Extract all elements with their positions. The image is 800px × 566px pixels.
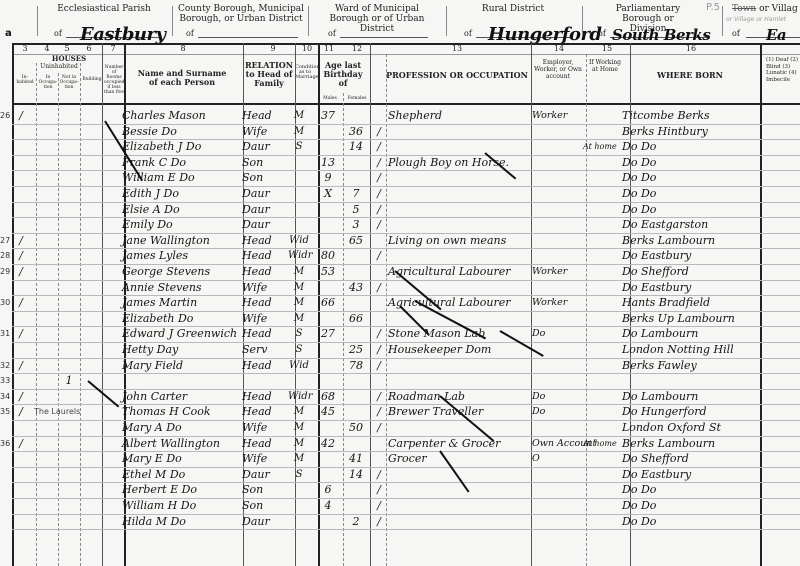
- marital-condition: [288, 217, 310, 233]
- check-mark: /: [372, 389, 386, 405]
- person-name: Hilda M Do: [122, 514, 238, 530]
- occupation: [388, 373, 528, 389]
- female-age: 5: [342, 202, 370, 218]
- working-at-home: [583, 451, 623, 467]
- birthplace: Berks Fawley: [622, 358, 762, 374]
- inhabited-mark: [14, 482, 28, 498]
- marital-condition: S: [288, 467, 310, 483]
- house-name: [34, 217, 114, 233]
- birthplace: Hants Bradfield: [622, 295, 762, 311]
- house-name: [34, 186, 114, 202]
- table-row: Emily DoDaur3/Do Eastgarston: [0, 217, 800, 233]
- schedule-number: [0, 202, 14, 218]
- female-age: 3: [342, 217, 370, 233]
- house-name: [34, 326, 114, 342]
- occupation: Agricultural Labourer: [388, 264, 528, 280]
- person-name: Albert Wallington: [122, 436, 238, 452]
- table-row: 28/James LylesHeadWidr80/Do Eastbury: [0, 248, 800, 264]
- marital-condition: Widr: [288, 389, 310, 405]
- relation: Head: [242, 295, 288, 311]
- relation: [242, 373, 288, 389]
- check-mark: /: [372, 358, 386, 374]
- birthplace: Do Do: [622, 202, 762, 218]
- female-age: 25: [342, 342, 370, 358]
- table-row: William H DoSon4/Do Do: [0, 498, 800, 514]
- relation: Serv: [242, 342, 288, 358]
- relation: Head: [242, 264, 288, 280]
- working-at-home: At home: [583, 436, 623, 452]
- person-name: Bessie Do: [122, 124, 238, 140]
- inhabited-mark: [14, 311, 28, 327]
- working-at-home: [583, 358, 623, 374]
- table-row: 32/Mary FieldHeadWid78/Berks Fawley: [0, 358, 800, 374]
- schedule-number: [0, 124, 14, 140]
- male-age: 4: [314, 498, 342, 514]
- house-name: [34, 264, 114, 280]
- table-row: Elsie A DoDaur5/Do Do: [0, 202, 800, 218]
- schedule-number: 33: [0, 373, 14, 389]
- corner-mark: a: [5, 28, 12, 39]
- relation: Daur: [242, 139, 288, 155]
- working-at-home: [583, 264, 623, 280]
- occupation: Shepherd: [388, 108, 528, 124]
- inhabited-mark: /: [14, 233, 28, 249]
- person-name: Mary Field: [122, 358, 238, 374]
- house-name: [34, 108, 114, 124]
- birthplace: Titcombe Berks: [622, 108, 762, 124]
- inhabited-mark: /: [14, 295, 28, 311]
- birthplace: [622, 373, 762, 389]
- table-row: 30/James MartinHeadM66Agricultural Labou…: [0, 295, 800, 311]
- birthplace: Do Hungerford: [622, 404, 762, 420]
- male-age: [314, 373, 342, 389]
- inhabited-mark: /: [14, 108, 28, 124]
- female-age: [342, 155, 370, 171]
- person-name: Edith J Do: [122, 186, 238, 202]
- house-name: [34, 202, 114, 218]
- parliamentary-borough: Parliamentary Borough or Division of Sou…: [588, 0, 718, 43]
- houses-header: HOUSES: [38, 55, 100, 63]
- female-age: 2: [342, 514, 370, 530]
- page-annotation: P.5: [706, 2, 720, 13]
- check-mark: [372, 451, 386, 467]
- inhabited-mark: [14, 202, 28, 218]
- in-occupation-header: In Occupa-tion: [38, 75, 58, 90]
- relation: Son: [242, 498, 288, 514]
- person-name: Annie Stevens: [122, 280, 238, 296]
- birthplace: Berks Up Lambourn: [622, 311, 762, 327]
- birthplace: London Notting Hill: [622, 342, 762, 358]
- male-age: [314, 514, 342, 530]
- inhabited-mark: [14, 420, 28, 436]
- table-row: Hetty DayServS25/Housekeeper DomLondon N…: [0, 342, 800, 358]
- person-name: Thomas H Cook: [122, 404, 238, 420]
- check-mark: [372, 233, 386, 249]
- relation: Head: [242, 436, 288, 452]
- relation: Daur: [242, 217, 288, 233]
- table-row: Herbert E DoSon6/Do Do: [0, 482, 800, 498]
- marital-condition: [288, 498, 310, 514]
- infirmity-header: (1) Deaf (2) Blind (3) Lunatic (4) Imbec…: [766, 57, 800, 83]
- occupation: [388, 514, 528, 530]
- female-age: [342, 264, 370, 280]
- female-age: [342, 295, 370, 311]
- male-age: 66: [314, 295, 342, 311]
- marital-condition: M: [288, 311, 310, 327]
- where-born-header: WHERE BORN: [640, 71, 740, 80]
- male-age: [314, 342, 342, 358]
- female-age: [342, 482, 370, 498]
- birthplace: Do Eastgarston: [622, 217, 762, 233]
- male-age: [314, 202, 342, 218]
- check-mark: /: [372, 498, 386, 514]
- house-name: [34, 170, 114, 186]
- female-age: [342, 326, 370, 342]
- check-mark: /: [372, 139, 386, 155]
- inhabited-mark: [14, 170, 28, 186]
- house-name: [34, 420, 114, 436]
- inhabited-mark: /: [14, 248, 28, 264]
- relation: Wife: [242, 280, 288, 296]
- table-row: 26/Charles MasonHeadM37ShepherdWorkerTit…: [0, 108, 800, 124]
- table-row: Bessie DoWifeM36/Berks Hintbury: [0, 124, 800, 140]
- schedule-number: 36: [0, 436, 14, 452]
- name-header: Name and Surname of each Person: [134, 69, 230, 87]
- working-at-home: [583, 420, 623, 436]
- relation: Son: [242, 170, 288, 186]
- female-age: 14: [342, 139, 370, 155]
- table-row: 27/Jane WallingtonHeadWid65Living on own…: [0, 233, 800, 249]
- house-name: The Laurels: [34, 404, 114, 420]
- house-name: [34, 124, 114, 140]
- house-name: [34, 342, 114, 358]
- occupation: [388, 186, 528, 202]
- birthplace: Do Lambourn: [622, 389, 762, 405]
- working-at-home: [583, 170, 623, 186]
- marital-condition: [288, 170, 310, 186]
- relation: Head: [242, 326, 288, 342]
- birthplace: Do Shefford: [622, 451, 762, 467]
- relation: Daur: [242, 202, 288, 218]
- female-age: 41: [342, 451, 370, 467]
- schedule-number: 29: [0, 264, 14, 280]
- table-row: Elizabeth DoWifeM66Berks Up Lambourn: [0, 311, 800, 327]
- marital-condition: [288, 482, 310, 498]
- person-name: James Lyles: [122, 248, 238, 264]
- male-age: [314, 467, 342, 483]
- check-mark: [372, 264, 386, 280]
- rural-district: Rural District of Hungerford: [448, 0, 578, 43]
- house-name: [34, 514, 114, 530]
- relation: Wife: [242, 124, 288, 140]
- birthplace: Do Do: [622, 170, 762, 186]
- male-age: 13: [314, 155, 342, 171]
- working-at-home: [583, 498, 623, 514]
- person-name: James Martin: [122, 295, 238, 311]
- birthplace: Do Eastbury: [622, 248, 762, 264]
- working-home-header: If Working at Home: [588, 59, 622, 73]
- schedule-number: [0, 311, 14, 327]
- relation: Wife: [242, 451, 288, 467]
- table-row: 31/Edward J GreenwichHeadS27/Stone Mason…: [0, 326, 800, 342]
- marital-condition: M: [288, 451, 310, 467]
- person-name: George Stevens: [122, 264, 238, 280]
- check-mark: /: [372, 155, 386, 171]
- working-at-home: [583, 467, 623, 483]
- schedule-number: [0, 482, 14, 498]
- table-row: Edith J DoDaurX7/Do Do: [0, 186, 800, 202]
- birthplace: London Oxford St: [622, 420, 762, 436]
- inhabited-mark: /: [14, 404, 28, 420]
- birthplace: Do Do: [622, 514, 762, 530]
- house-name: [34, 248, 114, 264]
- occupation: Carpenter & Grocer: [388, 436, 528, 452]
- male-age: 9: [314, 170, 342, 186]
- census-page: a Ecclesiastical Parish of Eastbury Coun…: [0, 0, 800, 566]
- inhabited-mark: /: [14, 389, 28, 405]
- occupation: [388, 248, 528, 264]
- male-age: 80: [314, 248, 342, 264]
- table-row: 331: [0, 373, 800, 389]
- male-age: 42: [314, 436, 342, 452]
- uninhabited-header: Uninhabited: [38, 63, 80, 71]
- schedule-number: 27: [0, 233, 14, 249]
- occupation-header: PROFESSION OR OCCUPATION: [384, 71, 530, 80]
- female-age: [342, 389, 370, 405]
- person-name: Mary E Do: [122, 451, 238, 467]
- inhabited-mark: [14, 342, 28, 358]
- schedule-number: 30: [0, 295, 14, 311]
- schedule-number: [0, 155, 14, 171]
- male-age: 27: [314, 326, 342, 342]
- working-at-home: [583, 233, 623, 249]
- schedule-number: 35: [0, 404, 14, 420]
- person-name: Elizabeth J Do: [122, 139, 238, 155]
- person-name: Elizabeth Do: [122, 311, 238, 327]
- birthplace: Berks Lambourn: [622, 233, 762, 249]
- marital-condition: S: [288, 326, 310, 342]
- working-at-home: [583, 389, 623, 405]
- schedule-number: [0, 498, 14, 514]
- birthplace: Do Do: [622, 155, 762, 171]
- person-name: Edward J Greenwich: [122, 326, 238, 342]
- marital-condition: Wid: [288, 233, 310, 249]
- age-header: Age last Birthday of: [318, 61, 368, 88]
- town-or-village: Town or Villag or Village or Hamlet of E…: [726, 0, 800, 43]
- birthplace: Do Lambourn: [622, 326, 762, 342]
- building-header: Building: [82, 77, 102, 82]
- male-age: [314, 233, 342, 249]
- census-header: a Ecclesiastical Parish of Eastbury Coun…: [0, 0, 800, 43]
- marital-condition: M: [288, 280, 310, 296]
- check-mark: /: [372, 404, 386, 420]
- check-mark: /: [372, 514, 386, 530]
- schedule-number: [0, 467, 14, 483]
- female-age: 66: [342, 311, 370, 327]
- working-at-home: [583, 404, 623, 420]
- schedule-number: [0, 451, 14, 467]
- working-at-home: [583, 108, 623, 124]
- male-age: 6: [314, 482, 342, 498]
- table-row: Hilda M DoDaur2/Do Do: [0, 514, 800, 530]
- male-age: [314, 139, 342, 155]
- check-mark: [372, 373, 386, 389]
- occupation: [388, 420, 528, 436]
- working-at-home: [583, 295, 623, 311]
- birthplace: Do Eastbury: [622, 467, 762, 483]
- marital-condition: M: [288, 295, 310, 311]
- occupation: Living on own means: [388, 233, 528, 249]
- table-row: 34/John CarterHeadWidr68/Roadman LabDoDo…: [0, 389, 800, 405]
- marital-condition: M: [288, 404, 310, 420]
- relation: Head: [242, 358, 288, 374]
- parish-value: Eastbury: [80, 30, 165, 40]
- person-name: Ethel M Do: [122, 467, 238, 483]
- relation: Daur: [242, 467, 288, 483]
- house-name: [34, 451, 114, 467]
- male-age: 37: [314, 108, 342, 124]
- marital-condition: [288, 514, 310, 530]
- relation: Daur: [242, 514, 288, 530]
- schedule-number: [0, 514, 14, 530]
- birthplace: Berks Lambourn: [622, 436, 762, 452]
- house-name: [34, 155, 114, 171]
- males-header: Males: [318, 96, 342, 101]
- schedule-number: 26: [0, 108, 14, 124]
- occupation: [388, 139, 528, 155]
- male-age: 53: [314, 264, 342, 280]
- male-age: [314, 451, 342, 467]
- schedule-number: 28: [0, 248, 14, 264]
- female-age: 36: [342, 124, 370, 140]
- person-name: Emily Do: [122, 217, 238, 233]
- table-row: Frank C DoSon13/Plough Boy on Horse.Do D…: [0, 155, 800, 171]
- person-name: Frank C Do: [122, 155, 238, 171]
- rooms-header: Number of Rooms occupied if less than fi…: [104, 65, 124, 95]
- relation: Head: [242, 108, 288, 124]
- inhabited-mark: /: [14, 358, 28, 374]
- schedule-number: [0, 186, 14, 202]
- check-mark: /: [372, 482, 386, 498]
- schedule-number: 34: [0, 389, 14, 405]
- working-at-home: At home: [583, 139, 623, 155]
- occupation: Plough Boy on Horse.: [388, 155, 528, 171]
- person-name: Hetty Day: [122, 342, 238, 358]
- schedule-number: [0, 420, 14, 436]
- relation: Head: [242, 233, 288, 249]
- house-name: [34, 295, 114, 311]
- working-at-home: [583, 217, 623, 233]
- house-name: [34, 467, 114, 483]
- schedule-number: 32: [0, 358, 14, 374]
- schedule-number: [0, 217, 14, 233]
- working-at-home: [583, 482, 623, 498]
- house-name: [34, 498, 114, 514]
- working-at-home: [583, 280, 623, 296]
- male-age: 45: [314, 404, 342, 420]
- table-row: 36/Albert WallingtonHeadM42Carpenter & G…: [0, 436, 800, 452]
- occupation: Grocer: [388, 451, 528, 467]
- marital-condition: Widr: [288, 248, 310, 264]
- occupation: Agricultural Labourer: [388, 295, 528, 311]
- occupation: [388, 482, 528, 498]
- male-age: [314, 280, 342, 296]
- check-mark: /: [372, 326, 386, 342]
- check-mark: /: [372, 467, 386, 483]
- marital-condition: M: [288, 124, 310, 140]
- table-row: Mary A DoWifeM50/London Oxford St: [0, 420, 800, 436]
- working-at-home: [583, 514, 623, 530]
- female-age: 65: [342, 233, 370, 249]
- person-name: Elsie A Do: [122, 202, 238, 218]
- female-age: 50: [342, 420, 370, 436]
- male-age: 68: [314, 389, 342, 405]
- female-age: [342, 404, 370, 420]
- occupation: Housekeeper Dom: [388, 342, 528, 358]
- inhabited-mark: [14, 451, 28, 467]
- female-age: 43: [342, 280, 370, 296]
- marital-condition: M: [288, 264, 310, 280]
- house-name: [34, 311, 114, 327]
- inhabited-mark: [14, 139, 28, 155]
- parliamentary-value: South Berks: [612, 30, 710, 40]
- relation: Wife: [242, 311, 288, 327]
- house-name: [34, 233, 114, 249]
- male-age: X: [314, 186, 342, 202]
- person-name: William H Do: [122, 498, 238, 514]
- schedule-number: 31: [0, 326, 14, 342]
- inhabited-mark: [14, 467, 28, 483]
- village-annotation: or Village or Hamlet: [726, 15, 786, 25]
- female-age: [342, 248, 370, 264]
- occupation: [388, 358, 528, 374]
- working-at-home: [583, 202, 623, 218]
- relation: Daur: [242, 186, 288, 202]
- schedule-number: [0, 280, 14, 296]
- table-row: William E DoSon9/Do Do: [0, 170, 800, 186]
- inhabited-mark: /: [14, 326, 28, 342]
- working-at-home: [583, 124, 623, 140]
- birthplace: Do Do: [622, 186, 762, 202]
- check-mark: /: [372, 124, 386, 140]
- birthplace: Do Do: [622, 482, 762, 498]
- check-mark: /: [372, 186, 386, 202]
- relation-header: RELATION to Head of Family: [244, 61, 294, 88]
- female-age: [342, 170, 370, 186]
- marital-condition: [288, 202, 310, 218]
- occupation: Roadman Lab: [388, 389, 528, 405]
- schedule-number: [0, 170, 14, 186]
- birthplace: Do Eastbury: [622, 280, 762, 296]
- inhabited-mark: [14, 186, 28, 202]
- house-name: [34, 139, 114, 155]
- check-mark: [372, 311, 386, 327]
- house-name: [34, 280, 114, 296]
- marital-condition: [288, 373, 310, 389]
- village-value: Ea: [766, 30, 786, 40]
- marital-condition: Wid: [288, 358, 310, 374]
- check-mark: /: [372, 170, 386, 186]
- female-age: [342, 373, 370, 389]
- marital-condition: M: [288, 436, 310, 452]
- table-row: Mary E DoWifeM41GrocerODo Shefford: [0, 451, 800, 467]
- check-mark: /: [372, 420, 386, 436]
- inhabited-mark: /: [14, 436, 28, 452]
- working-at-home: [583, 326, 623, 342]
- house-name: [34, 358, 114, 374]
- condition-header: Condition as to Marriage: [295, 65, 315, 80]
- inhabited-header: In-habited: [14, 75, 36, 85]
